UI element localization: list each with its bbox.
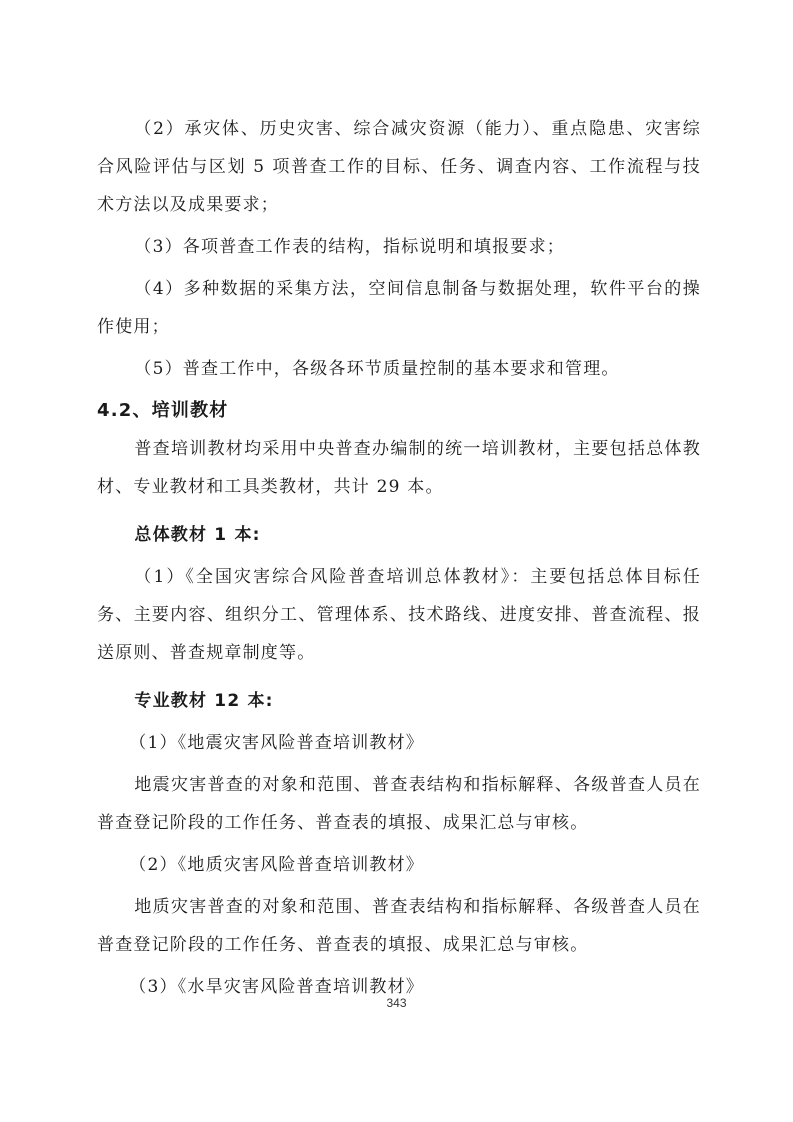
- list-item-5-quality-control: （5）普查工作中，各级各环节质量控制的基本要求和管理。: [97, 350, 701, 388]
- training-materials-intro: 普查培训教材均采用中央普查办编制的统一培训教材，主要包括总体教材、专业教材和工具…: [97, 430, 701, 506]
- professional-material-2-desc: 地质灾害普查的对象和范围、普查表结构和指标解释、各级普查人员在普查登记阶段的工作…: [97, 888, 701, 964]
- professional-material-1-desc: 地震灾害普查的对象和范围、普查表结构和指标解释、各级普查人员在普查登记阶段的工作…: [97, 766, 701, 842]
- professional-material-2-title: （2）《地质灾害风险普查培训教材》: [97, 846, 701, 884]
- list-item-4-data-methods: （4）多种数据的采集方法，空间信息制备与数据处理，软件平台的操作使用；: [97, 270, 701, 346]
- page-number: 343: [0, 996, 793, 1010]
- professional-material-1-title: （1）《地震灾害风险普查培训教材》: [97, 724, 701, 762]
- subheading-general-materials: 总体教材 1 本:: [97, 516, 701, 554]
- general-material-1: （1）《全国灾害综合风险普查培训总体教材》：主要包括总体目标任务、主要内容、组织…: [97, 558, 701, 672]
- section-heading-training-materials: 4.2、培训教材: [97, 392, 701, 430]
- page-content: （2）承灾体、历史灾害、综合减灾资源（能力）、重点隐患、灾害综合风险评估与区划 …: [97, 110, 701, 1006]
- document-page: （2）承灾体、历史灾害、综合减灾资源（能力）、重点隐患、灾害综合风险评估与区划 …: [0, 0, 793, 1122]
- list-item-2-scope: （2）承灾体、历史灾害、综合减灾资源（能力）、重点隐患、灾害综合风险评估与区划 …: [97, 110, 701, 224]
- list-item-3-tables: （3）各项普查工作表的结构，指标说明和填报要求；: [97, 228, 701, 266]
- subheading-professional-materials: 专业教材 12 本:: [97, 682, 701, 720]
